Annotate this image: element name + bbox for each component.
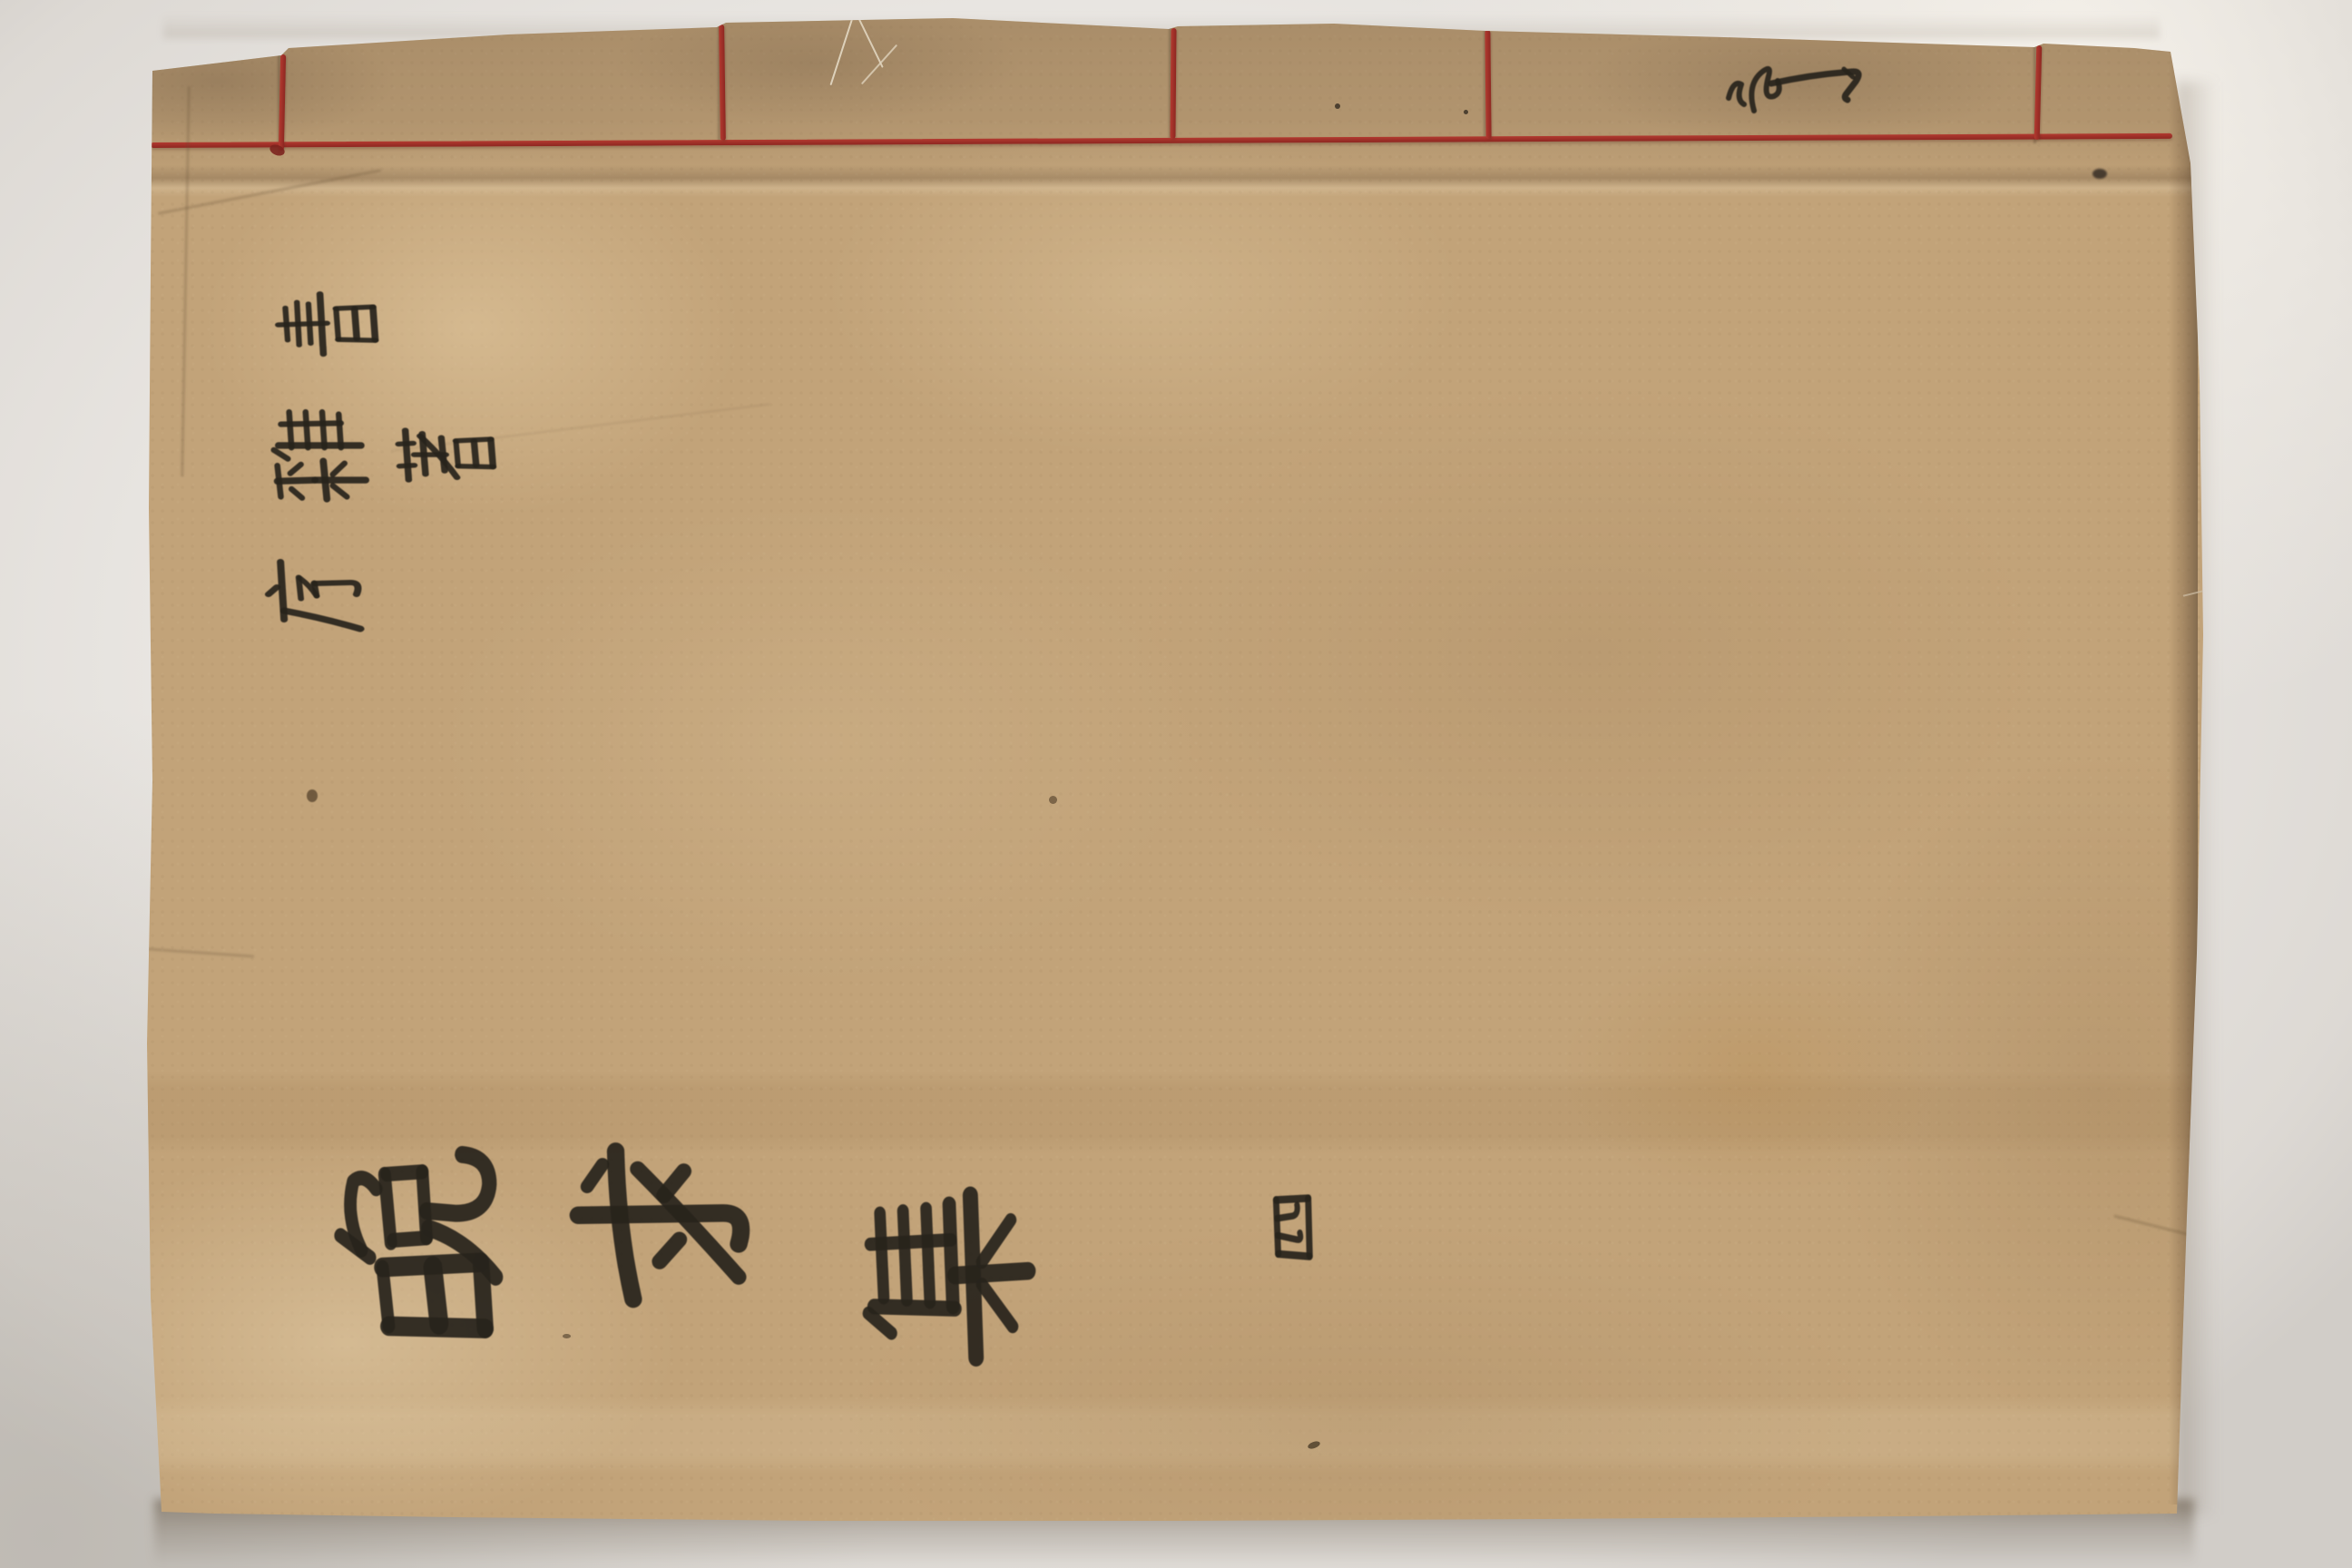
photo-background: 晩 求 集 四 書 雜 著 序 cursive ink mark — [0, 0, 2352, 1568]
stain — [2092, 169, 2107, 179]
binding-stitch — [1170, 28, 1176, 139]
annotation-character-2: 雜 — [263, 399, 381, 511]
title-character-3: 集 — [853, 1166, 1045, 1388]
stain — [1049, 796, 1057, 804]
title-character-2: 求 — [561, 1113, 780, 1334]
annotation-character-3: 著 — [393, 415, 505, 496]
stain — [563, 1334, 571, 1338]
stain — [1335, 103, 1340, 109]
annotation-character-1: 書 — [272, 284, 387, 366]
stain — [1464, 110, 1468, 114]
book-cover: 晩 求 集 四 書 雜 著 序 cursive ink mark — [0, 0, 2352, 1568]
crease-line — [136, 946, 254, 957]
stain — [1307, 1440, 1321, 1450]
stain — [307, 789, 318, 802]
cursive-ink-mark: cursive ink mark — [1720, 53, 1874, 123]
volume-character: 四 — [1257, 1186, 1327, 1270]
annotation-character-4: 序 — [263, 547, 384, 638]
title-character-1: 晩 — [321, 1125, 531, 1370]
binding-stitch — [1485, 30, 1491, 139]
